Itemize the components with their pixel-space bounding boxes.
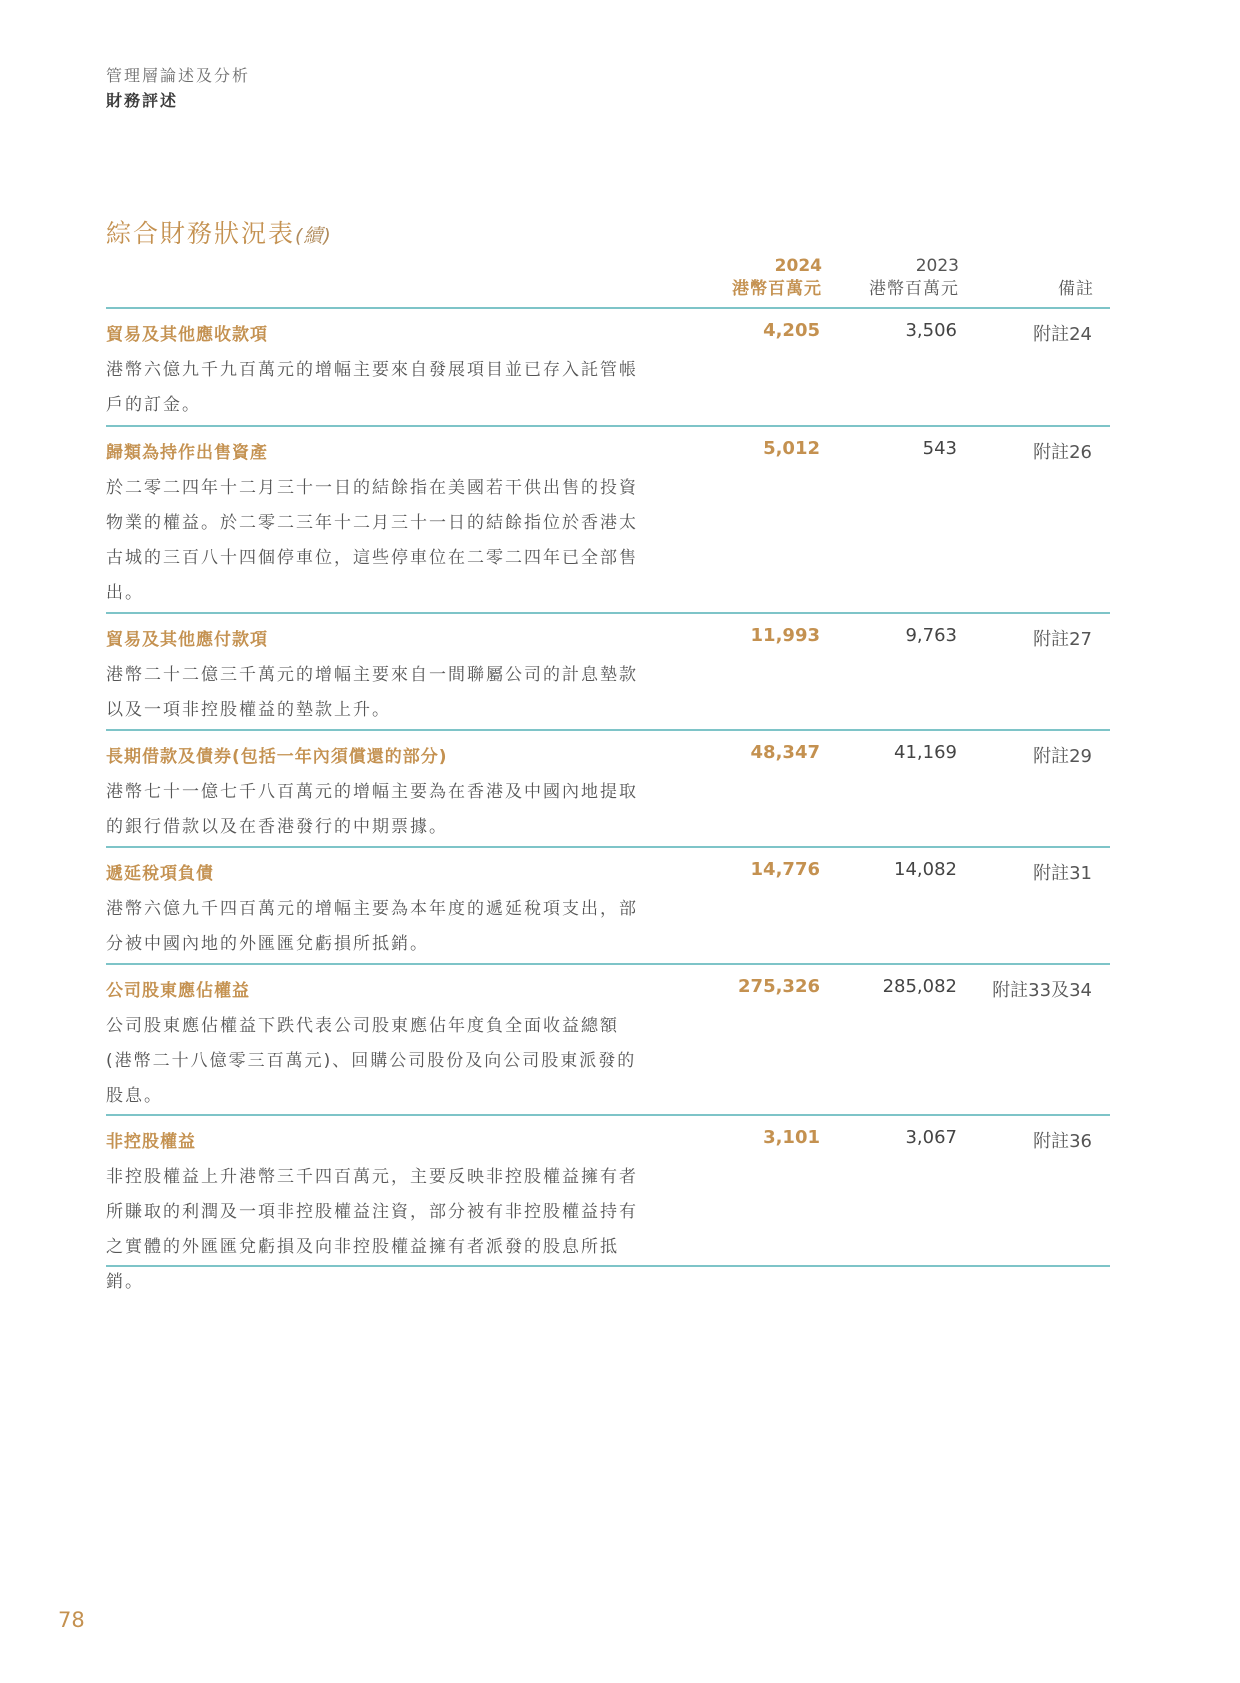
page-number: 78 — [58, 1608, 85, 1632]
page-title: 綜合財務狀況表(續) — [106, 214, 332, 250]
row-value-2024: 5,012 — [763, 438, 820, 459]
running-head-section: 管理層論述及分析 — [106, 64, 250, 88]
row-value-2023: 9,763 — [905, 625, 957, 646]
table-row: 貿易及其他應付款項 11,993 9,763 附註27 港幣二十二億三千萬元的增… — [106, 614, 1110, 729]
row-value-2024: 14,776 — [751, 859, 820, 880]
row-description: 公司股東應佔權益下跌代表公司股東應佔年度負全面收益總額(港幣二十八億零三百萬元)… — [106, 1009, 646, 1114]
row-note: 附註27 — [1033, 625, 1092, 651]
row-label: 公司股東應佔權益 — [106, 976, 250, 1001]
row-description: 非控股權益上升港幣三千四百萬元，主要反映非控股權益擁有者所賺取的利潤及一項非控股… — [106, 1160, 646, 1300]
row-description: 於二零二四年十二月三十一日的結餘指在美國若干供出售的投資物業的權益。於二零二三年… — [106, 471, 646, 611]
row-description: 港幣七十一億七千八百萬元的增幅主要為在香港及中國內地提取的銀行借款以及在香港發行… — [106, 775, 646, 845]
row-value-2023: 3,506 — [905, 320, 957, 341]
table-row: 遞延稅項負債 14,776 14,082 附註31 港幣六億九千四百萬元的增幅主… — [106, 848, 1110, 963]
table-row: 長期借款及債券(包括一年內須償還的部分) 48,347 41,169 附註29 … — [106, 731, 1110, 846]
row-note: 附註24 — [1033, 320, 1092, 346]
row-value-2023: 14,082 — [894, 859, 957, 880]
column-year-2024: 2024 — [732, 255, 822, 278]
row-description: 港幣二十二億三千萬元的增幅主要來自一間聯屬公司的計息墊款以及一項非控股權益的墊款… — [106, 658, 646, 728]
row-label: 貿易及其他應付款項 — [106, 625, 268, 650]
table-row: 歸類為持作出售資產 5,012 543 附註26 於二零二四年十二月三十一日的結… — [106, 427, 1110, 612]
row-note: 附註29 — [1033, 742, 1092, 768]
table-row: 貿易及其他應收款項 4,205 3,506 附註24 港幣六億九千九百萬元的增幅… — [106, 309, 1110, 425]
row-value-2023: 543 — [923, 438, 957, 459]
row-note: 附註33及34 — [992, 976, 1092, 1002]
column-unit-2024: 港幣百萬元 — [732, 278, 822, 301]
row-note: 附註26 — [1033, 438, 1092, 464]
row-value-2024: 275,326 — [738, 976, 820, 997]
column-year-2023: 2023 — [869, 255, 959, 278]
table-row: 非控股權益 3,101 3,067 附註36 非控股權益上升港幣三千四百萬元，主… — [106, 1116, 1110, 1265]
row-value-2024: 11,993 — [751, 625, 820, 646]
row-label: 貿易及其他應收款項 — [106, 320, 268, 345]
column-unit-2023: 港幣百萬元 — [869, 278, 959, 301]
row-value-2023: 41,169 — [894, 742, 957, 763]
running-head: 管理層論述及分析 財務評述 — [106, 64, 250, 114]
column-header-2024: 2024 港幣百萬元 — [732, 255, 822, 301]
page-title-continued: (續) — [295, 225, 332, 247]
running-head-subsection: 財務評述 — [106, 88, 250, 114]
row-label: 歸類為持作出售資產 — [106, 438, 268, 463]
row-description: 港幣六億九千九百萬元的增幅主要來自發展項目並已存入託管帳戶的訂金。 — [106, 353, 646, 423]
financial-position-table: 貿易及其他應收款項 4,205 3,506 附註24 港幣六億九千九百萬元的增幅… — [106, 307, 1110, 1267]
row-label: 長期借款及債券(包括一年內須償還的部分) — [106, 742, 448, 767]
column-header-2023: 2023 港幣百萬元 — [869, 255, 959, 301]
row-value-2023: 3,067 — [905, 1127, 957, 1148]
row-note: 附註36 — [1033, 1127, 1092, 1153]
row-label: 遞延稅項負債 — [106, 859, 214, 884]
row-label: 非控股權益 — [106, 1127, 196, 1152]
row-value-2024: 4,205 — [763, 320, 820, 341]
page-title-main: 綜合財務狀況表 — [106, 219, 295, 248]
row-description: 港幣六億九千四百萬元的增幅主要為本年度的遞延稅項支出，部分被中國內地的外匯匯兌虧… — [106, 892, 646, 962]
table-row: 公司股東應佔權益 275,326 285,082 附註33及34 公司股東應佔權… — [106, 965, 1110, 1114]
row-value-2024: 48,347 — [751, 742, 820, 763]
column-header-notes: 備註 — [1058, 278, 1094, 301]
row-value-2024: 3,101 — [763, 1127, 820, 1148]
row-note: 附註31 — [1033, 859, 1092, 885]
row-value-2023: 285,082 — [883, 976, 957, 997]
